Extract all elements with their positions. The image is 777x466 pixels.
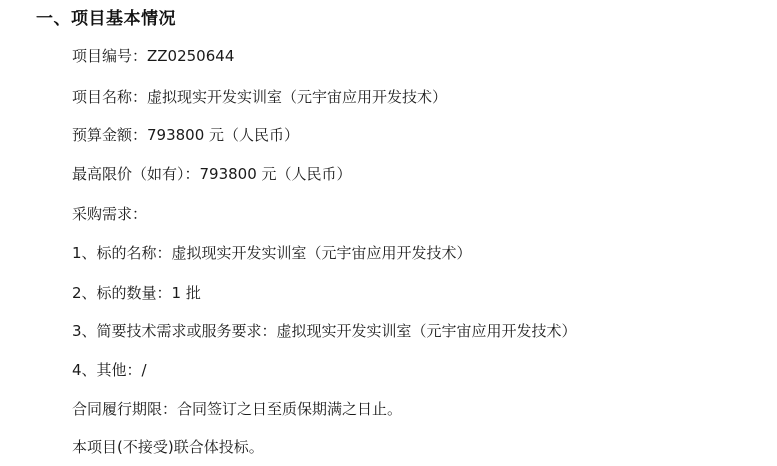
project-name: 项目名称：虚拟现实开发实训室（元宇宙应用开发技术） xyxy=(72,86,447,108)
max-price: 最高限价（如有）：793800 元（人民币） xyxy=(72,163,352,185)
procurement-requirements-label: 采购需求： xyxy=(72,203,147,225)
requirement-item-tech: 3、简要技术需求或服务要求：虚拟现实开发实训室（元宇宙应用开发技术） xyxy=(72,320,577,342)
requirement-item-other: 4、其他：/ xyxy=(72,359,147,381)
project-number: 项目编号：ZZ0250644 xyxy=(72,45,234,67)
requirement-item-quantity: 2、标的数量：1 批 xyxy=(72,282,201,304)
joint-bidding-note: 本项目(不接受)联合体投标。 xyxy=(72,436,264,458)
requirement-item-name: 1、标的名称：虚拟现实开发实训室（元宇宙应用开发技术） xyxy=(72,242,472,264)
budget-amount: 预算金额：793800 元（人民币） xyxy=(72,124,299,146)
document-page: 一、项目基本情况 项目编号：ZZ0250644 项目名称：虚拟现实开发实训室（元… xyxy=(0,0,777,466)
section-heading: 一、项目基本情况 xyxy=(36,6,176,32)
contract-period: 合同履行期限：合同签订之日至质保期满之日止。 xyxy=(72,398,402,420)
